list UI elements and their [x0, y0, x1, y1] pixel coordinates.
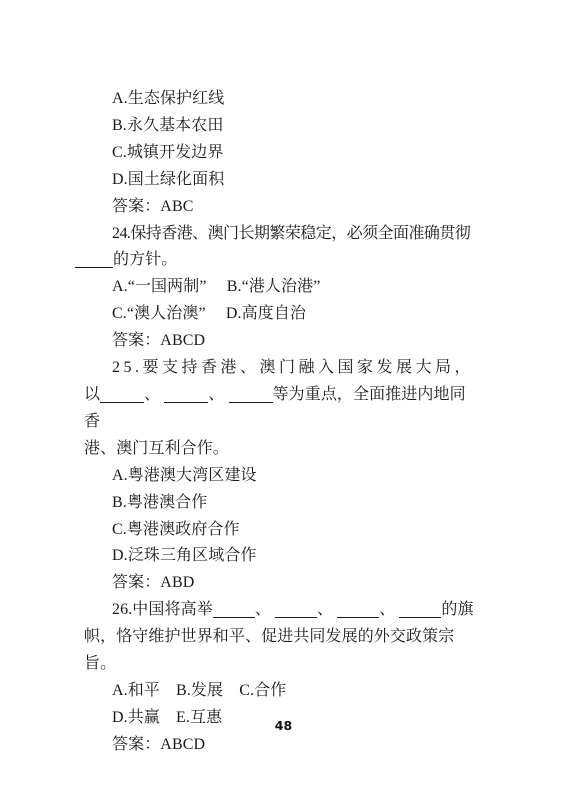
document-body: A.生态保护红线B.永久基本农田C.城镇开发边界D.国土绿化面积答案：ABC24…: [84, 86, 481, 759]
text-line: 答案：ABD: [84, 570, 481, 597]
text-line: A.生态保护红线: [84, 86, 481, 113]
document-page: A.生态保护红线B.永久基本农田C.城镇开发边界D.国土绿化面积答案：ABC24…: [0, 0, 567, 793]
text-line: C.粤港澳政府合作: [84, 517, 481, 544]
text-segment: 、: [317, 601, 337, 618]
text-line: D.国土绿化面积: [84, 167, 481, 194]
text-line: 25.要支持香港、澳门融入国家发展大局，: [84, 355, 481, 382]
blank-underline: [337, 617, 379, 618]
text-line: 答案：ABCD: [84, 328, 481, 355]
text-segment: 等为重点，全面推进内地同香: [84, 386, 466, 430]
text-line: 答案：ABCD: [84, 732, 481, 759]
text-segment: 26.中国将高举: [112, 601, 213, 618]
text-line: A.“一国两制” B.“港人治港”: [84, 274, 481, 301]
text-segment: 、: [379, 601, 399, 618]
text-segment: 的旗: [441, 601, 473, 618]
blank-underline: [213, 617, 255, 618]
text-line: 帜，恪守维护世界和平、促进共同发展的外交政策宗旨。: [84, 624, 481, 678]
text-line: 的方针。: [84, 247, 481, 274]
text-line: 答案：ABC: [84, 194, 481, 221]
text-line: B.粤港澳合作: [84, 490, 481, 517]
text-line: C.城镇开发边界: [84, 140, 481, 167]
text-line: 以、 、 等为重点，全面推进内地同香: [84, 382, 481, 436]
text-line: C.“澳人治澳” D.高度自治: [84, 301, 481, 328]
text-line: A.粤港澳大湾区建设: [84, 463, 481, 490]
text-segment: 、: [208, 386, 228, 403]
blank-underline: [275, 617, 317, 618]
blank-underline: [75, 267, 113, 268]
text-line: 26.中国将高举、 、 、 的旗: [84, 597, 481, 624]
text-line: B.永久基本农田: [84, 113, 481, 140]
blank-underline: [100, 402, 144, 403]
text-line: D.泛珠三角区域合作: [84, 543, 481, 570]
blank-underline: [164, 402, 208, 403]
text-segment: 以: [84, 386, 100, 403]
text-segment: 、: [144, 386, 164, 403]
text-segment: 、: [255, 601, 275, 618]
text-line: 24.保持香港、澳门长期繁荣稳定，必须全面准确贯彻: [84, 221, 481, 248]
blank-underline: [399, 617, 441, 618]
blank-underline: [229, 402, 273, 403]
text-line: 港、澳门互利合作。: [84, 436, 481, 463]
text-line: A.和平 B.发展 C.合作: [84, 678, 481, 705]
text-segment: 的方针。: [113, 251, 177, 268]
page-number: 48: [0, 718, 567, 733]
